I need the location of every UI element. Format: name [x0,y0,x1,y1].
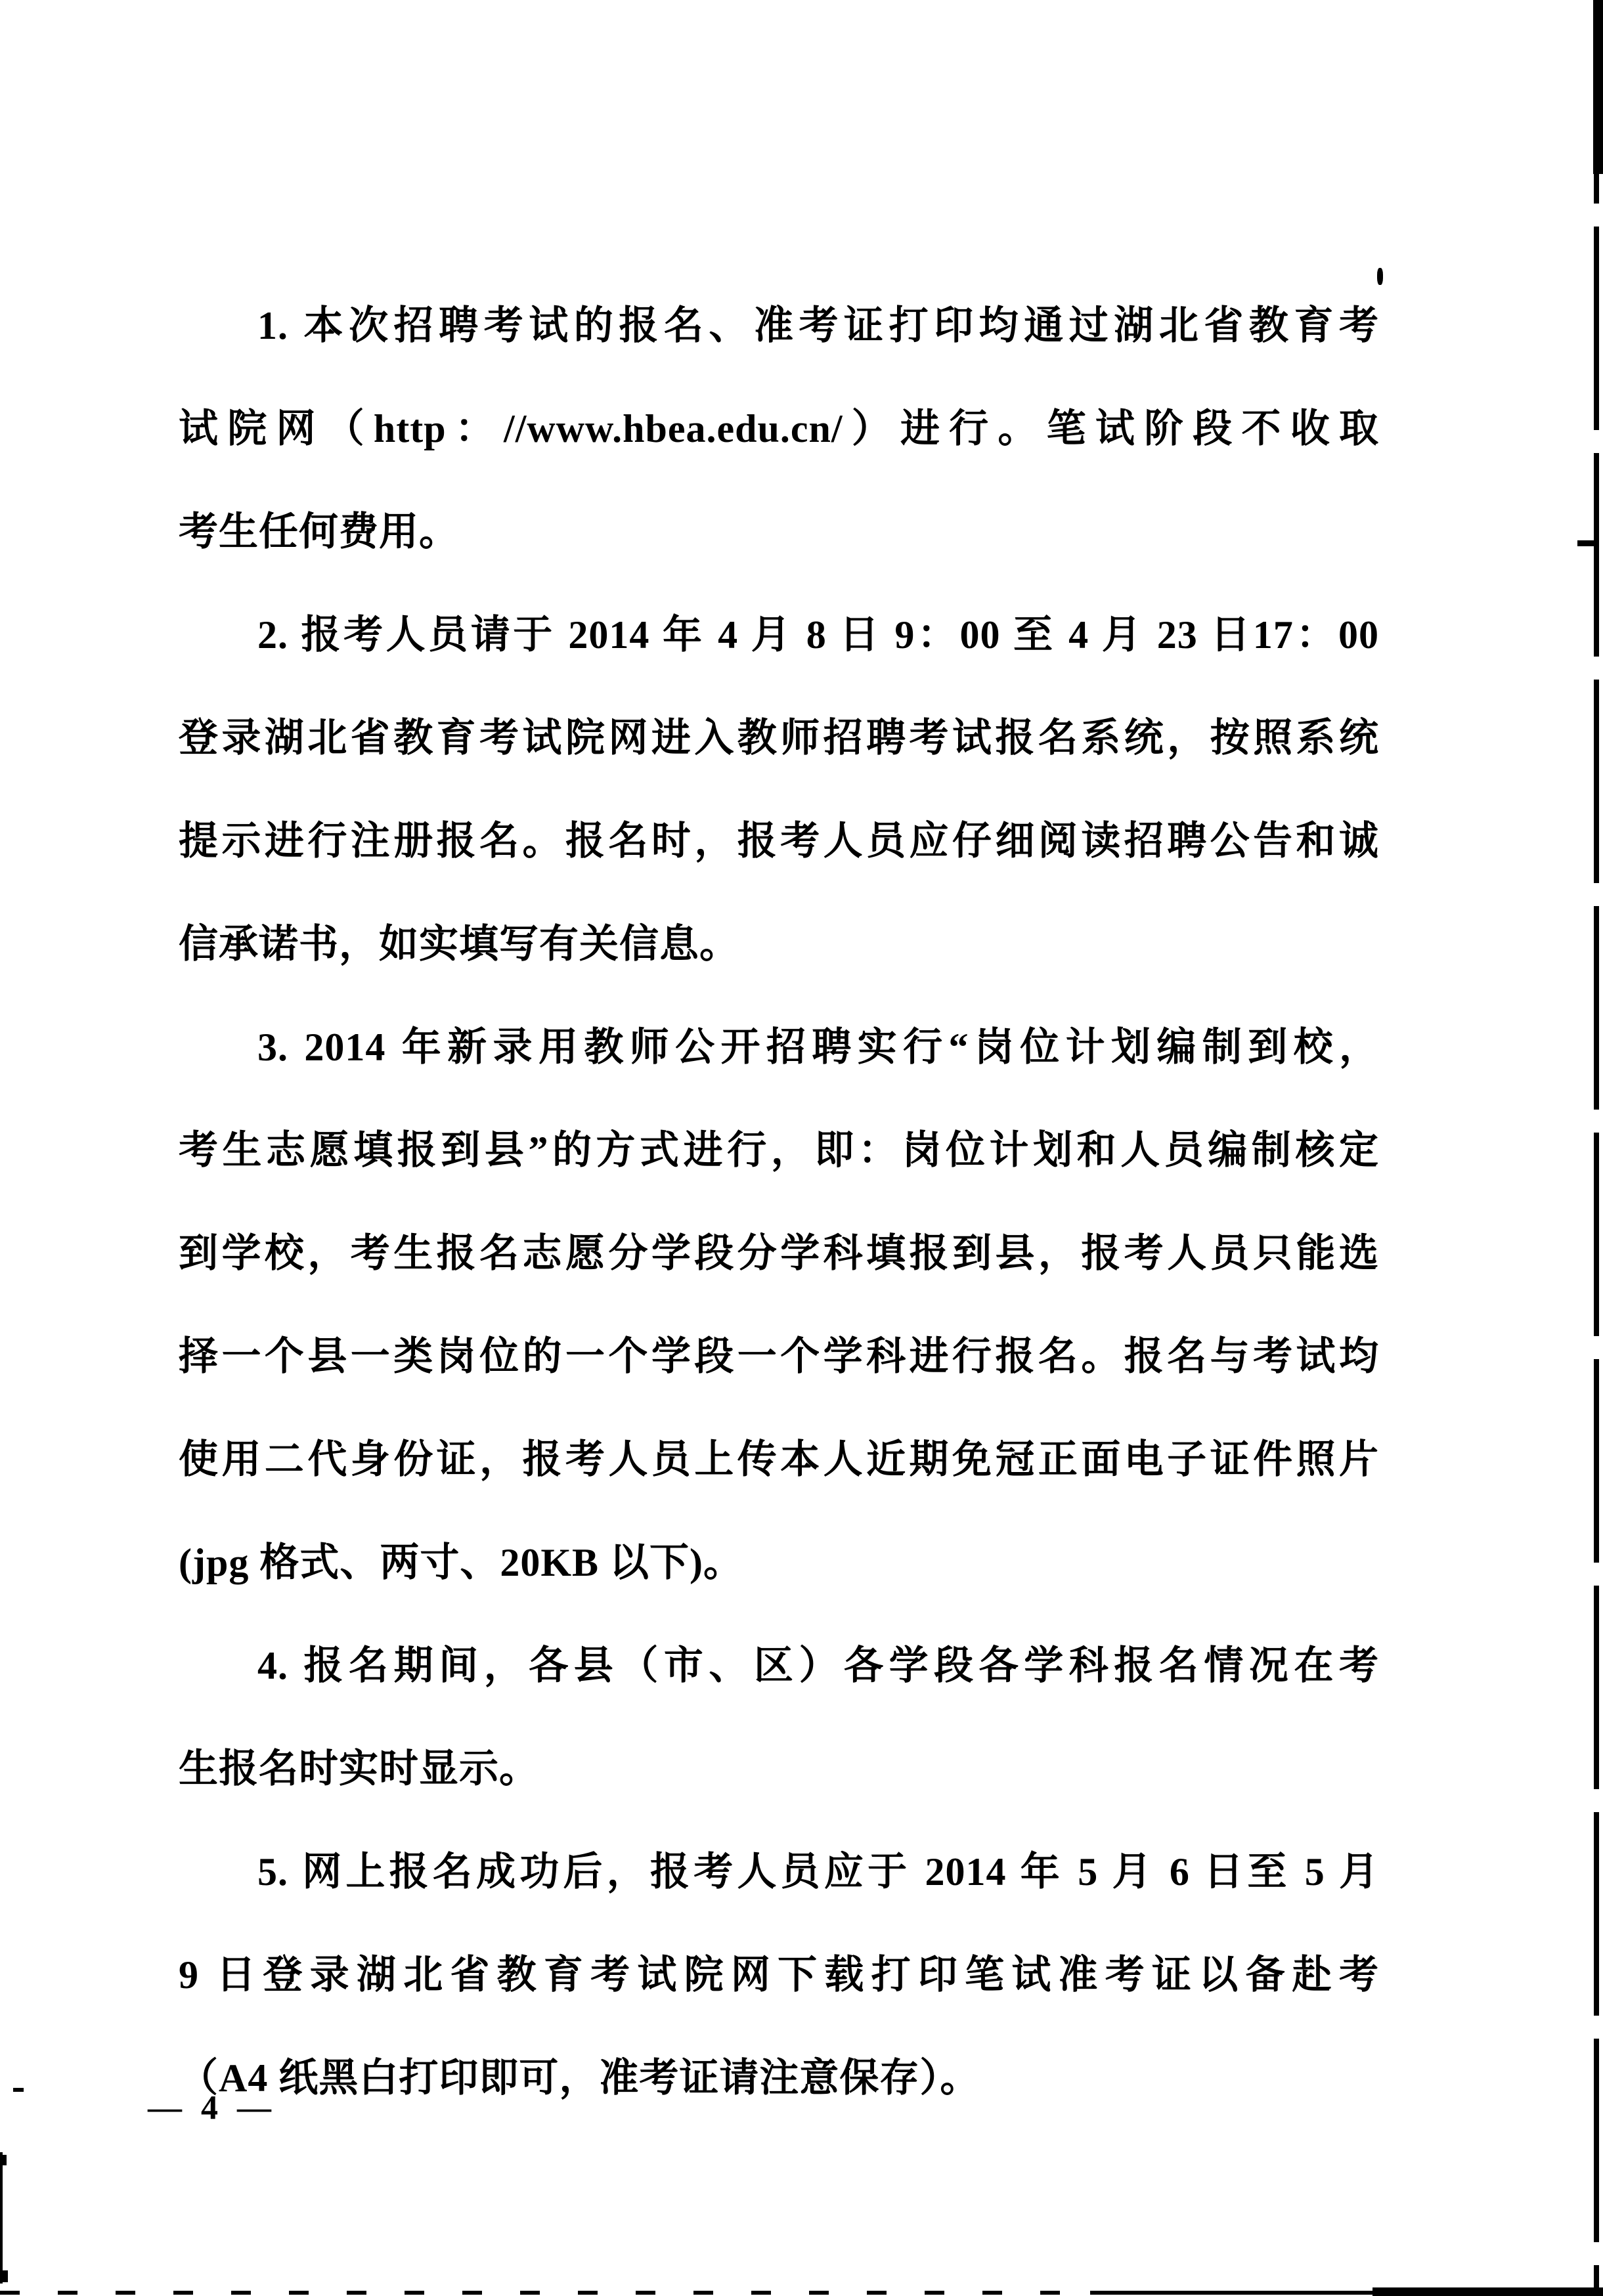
scan-artifact-left-edge-line [0,2152,3,2284]
scan-artifact-bottom-dashes [0,2291,1090,2295]
scan-artifact-right-tick [1577,540,1597,546]
scan-artifact-bottom-bar-thick [1372,2287,1603,2296]
text-line: 使用二代身份证，报考人员上传本人近期免冠正面电子证件照片 [179,1408,1379,1511]
page-number: — 4 — [148,2085,271,2131]
scan-artifact-stray-mark [1377,268,1383,285]
text-line: 生报名时实时显示。 [179,1718,1379,1821]
document-page: 1. 本次招聘考试的报名、准考证打印均通过湖北省教育考 试院网（http：//w… [0,0,1603,2296]
text-line: 登录湖北省教育考试院网进入教师招聘考试报名系统，按照系统 [179,687,1379,790]
text-line: 5. 网上报名成功后，报考人员应于 2014 年 5 月 6 日至 5 月 [179,1821,1379,1924]
text-line: 信承诺书，如实填写有关信息。 [179,893,1379,996]
scan-artifact-right-edge-top [1593,0,1603,174]
text-line: 考生志愿填报到县”的方式进行，即：岗位计划和人员编制核定 [179,1099,1379,1202]
text-line: (jpg 格式、两寸、20KB 以下)。 [179,1511,1379,1614]
scan-artifact-left-mark [13,2088,24,2092]
scan-artifact-left-blob [0,2155,7,2165]
scanned-document: { "document": { "page_number": "— 4 —", … [0,0,1603,2296]
text-line: （A4 纸黑白打印即可，准考证请注意保存）。 [179,2027,1379,2130]
text-line: 4. 报名期间，各县（市、区）各学段各学科报名情况在考 [179,1614,1379,1718]
text-line: 试院网（http：//www.hbea.edu.cn/）进行。笔试阶段不收取 [179,378,1379,481]
body-text: 1. 本次招聘考试的报名、准考证打印均通过湖北省教育考 试院网（http：//w… [179,274,1379,2130]
text-line: 1. 本次招聘考试的报名、准考证打印均通过湖北省教育考 [179,274,1379,378]
scan-artifact-left-blob [0,2270,8,2282]
text-line: 2. 报考人员请于 2014 年 4 月 8 日 9：00 至 4 月 23 日… [179,584,1379,687]
text-line: 3. 2014 年新录用教师公开招聘实行“岗位计划编制到校， [179,996,1379,1099]
text-line: 到学校，考生报名志愿分学段分学科填报到县，报考人员只能选 [179,1202,1379,1305]
text-line: 考生任何费用。 [179,481,1379,584]
text-line: 提示进行注册报名。报名时，报考人员应仔细阅读招聘公告和诚 [179,790,1379,893]
text-line: 择一个县一类岗位的一个学段一个学科进行报名。报名与考试均 [179,1305,1379,1408]
scan-artifact-right-edge-line [1594,0,1599,2296]
text-line: 9 日登录湖北省教育考试院网下载打印笔试准考证以备赴考 [179,1924,1379,2027]
